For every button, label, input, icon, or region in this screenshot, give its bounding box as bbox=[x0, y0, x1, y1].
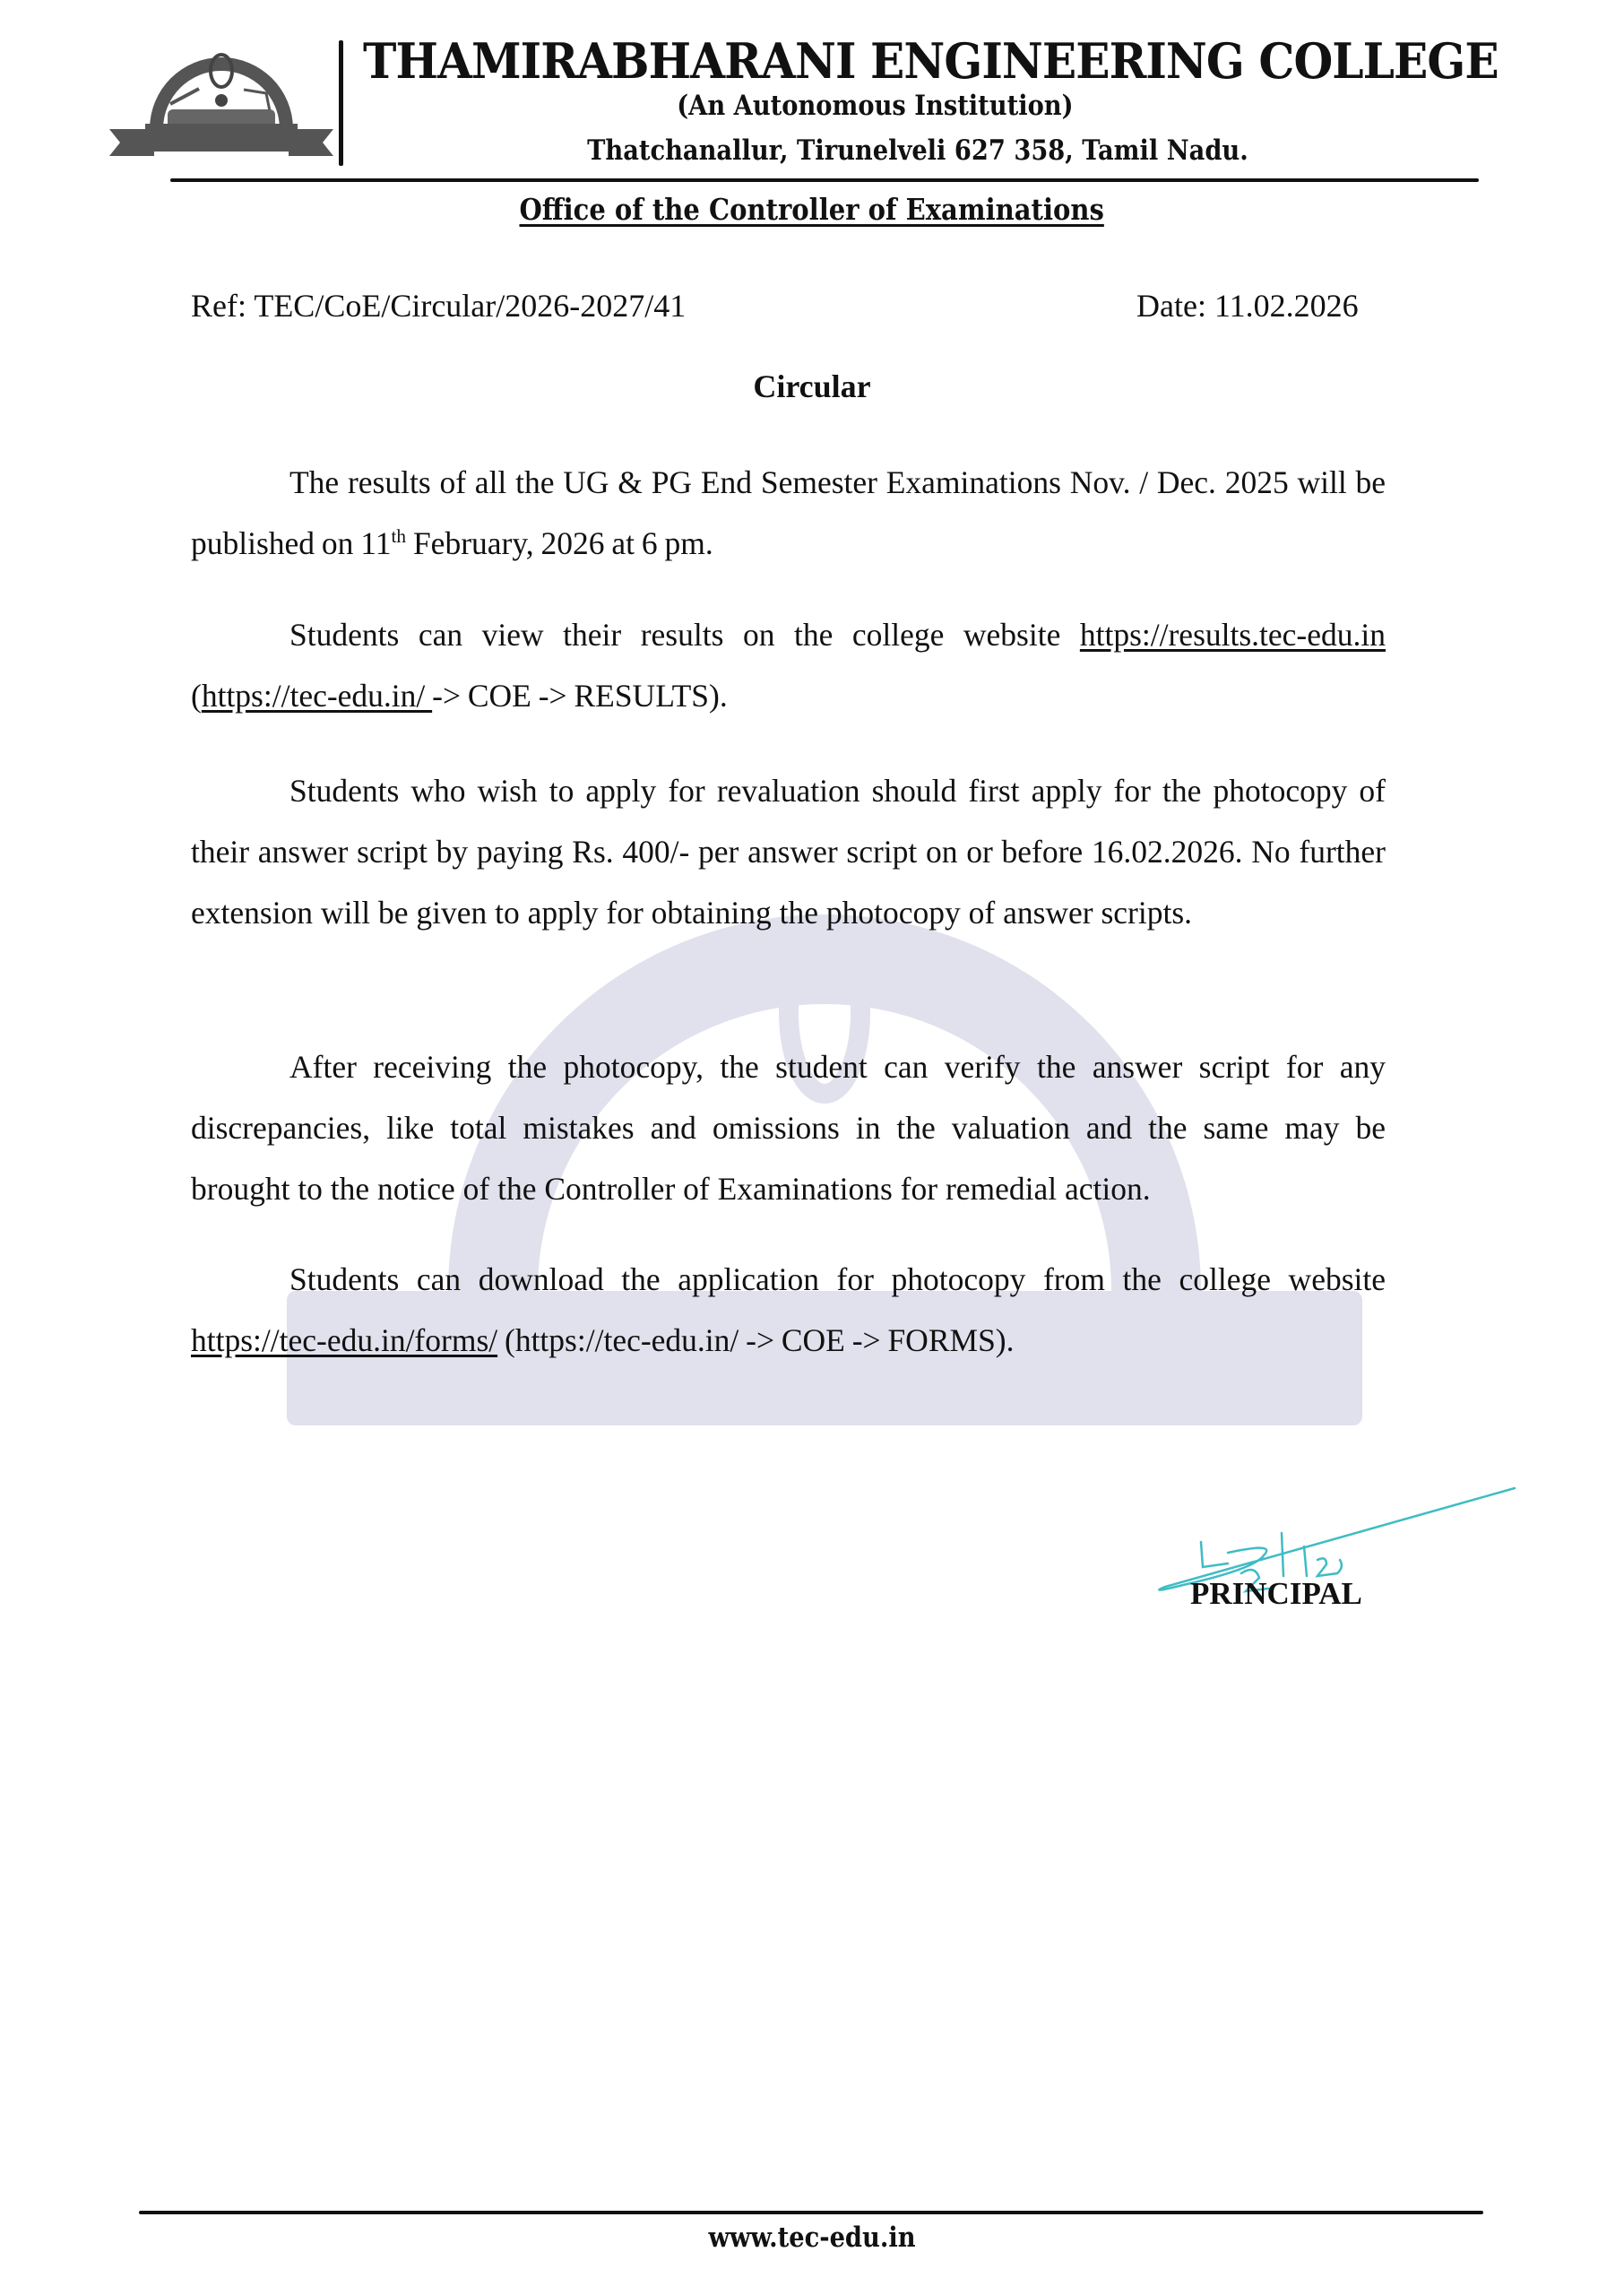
paragraph-download-forms: Students can download the application fo… bbox=[191, 1249, 1386, 1371]
paragraph-results-publication: The results of all the UG & PG End Semes… bbox=[191, 452, 1386, 574]
institution-status: (An Autonomous Institution) bbox=[98, 90, 1527, 122]
forms-link[interactable]: https://tec-edu.in/forms/ bbox=[191, 1322, 497, 1358]
document-title: Circular bbox=[0, 368, 1624, 405]
college-address: Thatchanallur, Tirunelveli 627 358, Tami… bbox=[98, 134, 1527, 167]
header-rule bbox=[170, 178, 1479, 182]
paragraph-revaluation: Students who wish to apply for revaluati… bbox=[191, 760, 1386, 943]
signatory-designation: PRINCIPAL bbox=[1190, 1576, 1362, 1612]
footer-website: www.tec-edu.in bbox=[98, 2221, 1527, 2254]
footer-rule bbox=[139, 2211, 1483, 2214]
reference-number: Ref: TEC/CoE/Circular/2026-2027/41 bbox=[191, 287, 686, 325]
results-website-link[interactable]: https://results.tec-edu.in bbox=[1080, 617, 1386, 653]
circular-date: Date: 11.02.2026 bbox=[1136, 287, 1359, 325]
paragraph-view-results: Students can view their results on the c… bbox=[191, 604, 1386, 726]
college-name: THAMIRABHARANI ENGINEERING COLLEGE bbox=[363, 32, 1447, 90]
office-heading: Office of the Controller of Examinations bbox=[0, 192, 1624, 227]
college-website-link[interactable]: https://tec-edu.in/ bbox=[202, 678, 432, 714]
paragraph-verification: After receiving the photocopy, the stude… bbox=[191, 1036, 1386, 1219]
